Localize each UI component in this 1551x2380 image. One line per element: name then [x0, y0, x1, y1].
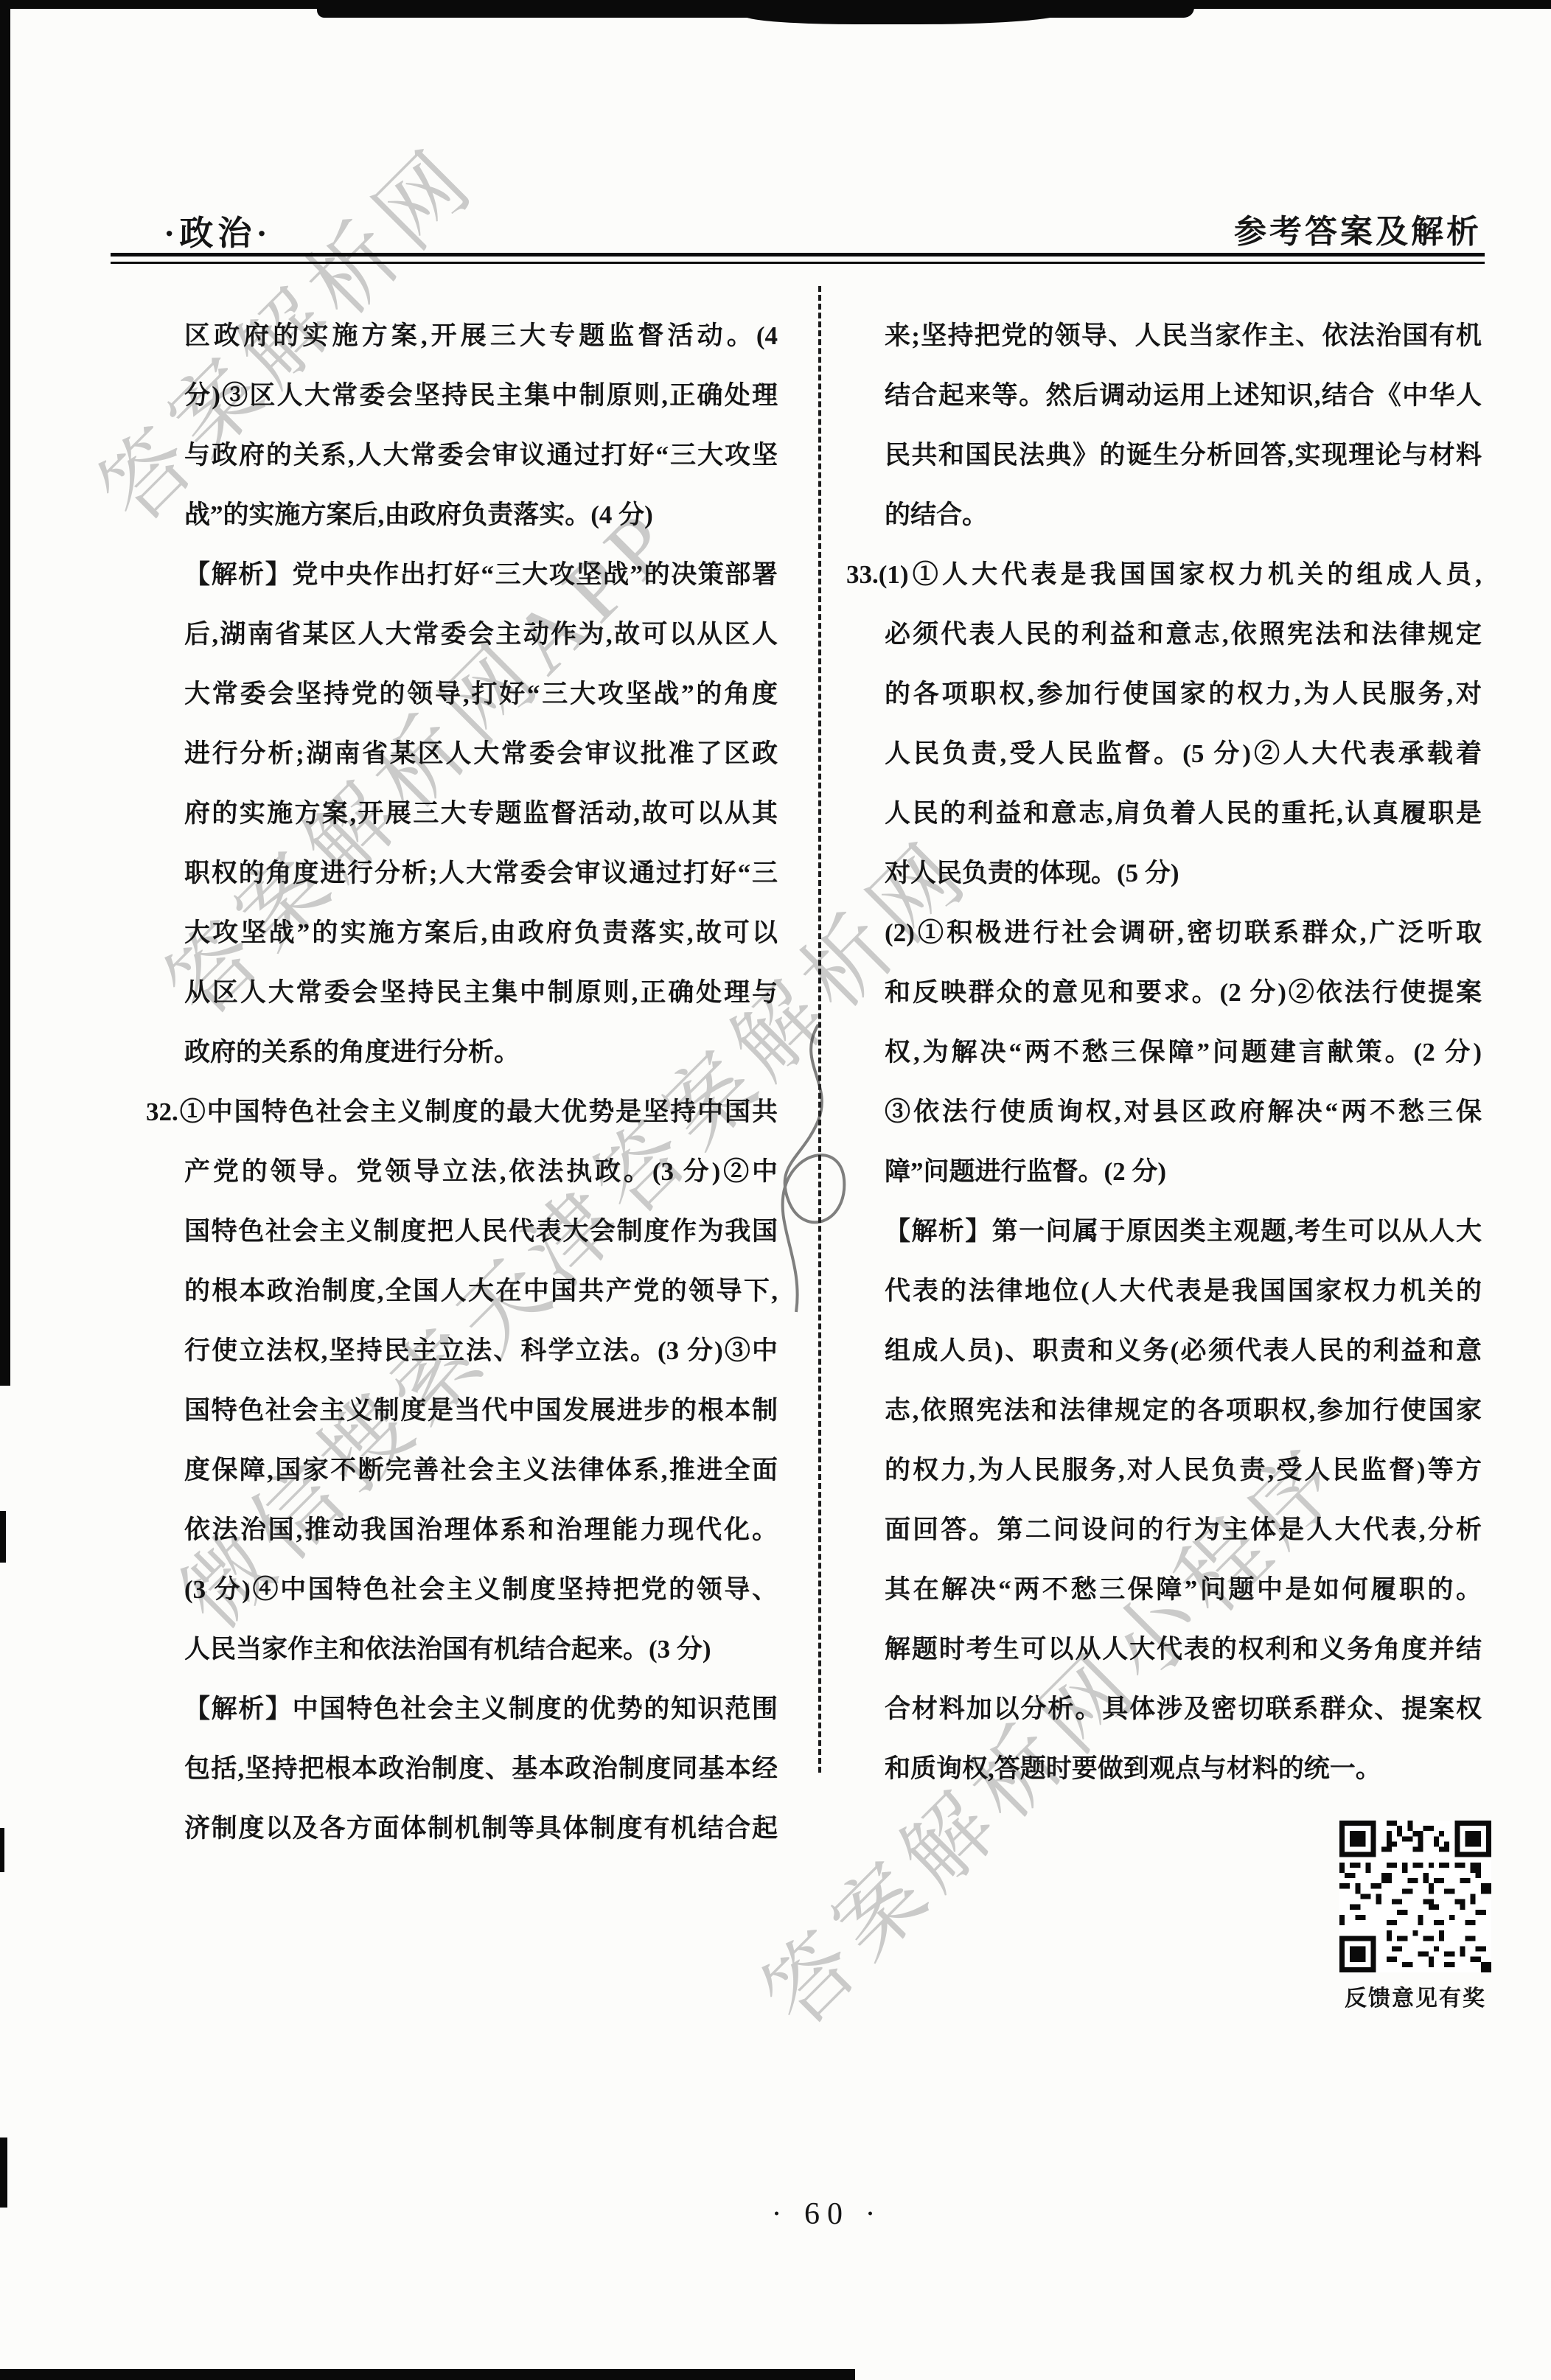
text-line: 权,为解决“两不愁三保障”问题建言献策。(2 分) [885, 1022, 1482, 1082]
text-line: (3 分)④中国特色社会主义制度坚持把党的领导、 [184, 1560, 778, 1619]
text-line: 府的实施方案,开展三大专题监督活动,故可以从其 [184, 784, 778, 843]
text-line: 从区人大常委会坚持民主集中制原则,正确处理与 [184, 963, 778, 1022]
text-line: 结合起来等。然后调动运用上述知识,结合《中华人 [885, 366, 1482, 425]
qr-caption: 反馈意见有奖 [1327, 1980, 1504, 2012]
scanned-answer-page: 答案解析网答案解析网APP微信搜索天津答案解析网答案解析网小程序 ·政治· 参考… [0, 0, 1551, 2380]
text-line: 和反映群众的意见和要求。(2 分)②依法行使提案 [885, 963, 1482, 1022]
text-line: 依法治国,推动我国治理体系和治理能力现代化。 [184, 1500, 778, 1560]
page-number: · 60 · [752, 2196, 902, 2232]
text-line: 大常委会坚持党的领导,打好“三大攻坚战”的角度 [184, 664, 778, 724]
text-line: 解题时考生可以从人大代表的权利和义务角度并结 [885, 1619, 1482, 1679]
header-rule-thick [111, 253, 1485, 257]
text-line: 障”问题进行监督。(2 分) [885, 1142, 1482, 1201]
text-line: 其在解决“两不愁三保障”问题中是如何履职的。 [885, 1560, 1482, 1619]
text-line: 度保障,国家不断完善社会主义法律体系,推进全面 [184, 1440, 778, 1500]
text-line: 志,依照宪法和法律规定的各项职权,参加行使国家 [885, 1381, 1482, 1440]
scan-artifact-left-edge [0, 0, 10, 1386]
text-line: 人民的利益和意志,肩负着人民的重托,认真履职是 [885, 784, 1482, 843]
text-line: ③依法行使质询权,对县区政府解决“两不愁三保 [885, 1082, 1482, 1142]
page-title: 参考答案及解析 [1234, 205, 1482, 252]
scan-artifact-top [745, 0, 1062, 24]
header-rule-thin [111, 262, 1485, 264]
qr-code [1339, 1821, 1491, 1972]
pen-scribble-mark [708, 1017, 929, 1327]
text-line: 【解析】中国特色社会主义制度的优势的知识范围 [184, 1679, 778, 1739]
subject-label: ·政治· [164, 206, 272, 255]
text-line: 组成人员)、职责和义务(必须代表人民的利益和意 [885, 1321, 1482, 1381]
text-line: 32.①中国特色社会主义制度的最大优势是坚持中国共 [184, 1082, 778, 1142]
text-line: 进行分析;湖南省某区人大常委会审议批准了区政 [184, 724, 778, 784]
text-line: 后,湖南省某区人大常委会主动作为,故可以从区人 [184, 604, 778, 664]
text-line: 人民当家作主和依法治国有机结合起来。(3 分) [184, 1619, 778, 1679]
text-line: (2)①积极进行社会调研,密切联系群众,广泛听取 [885, 903, 1482, 963]
text-line: 人民负责,受人民监督。(5 分)②人大代表承载着 [885, 724, 1482, 784]
text-line: 代表的法律地位(人大代表是我国国家权力机关的 [885, 1261, 1482, 1321]
text-line: 国特色社会主义制度是当代中国发展进步的根本制 [184, 1381, 778, 1440]
text-line: 与政府的关系,人大常委会审议通过打好“三大攻坚 [184, 425, 778, 485]
scan-artifact-speck [0, 1828, 4, 1872]
text-line: 济制度以及各方面体制机制等具体制度有机结合起 [184, 1798, 778, 1858]
text-line: 和质询权,答题时要做到观点与材料的统一。 [885, 1739, 1482, 1798]
text-line: 对人民负责的体现。(5 分) [885, 843, 1482, 903]
scan-artifact-speck [0, 2138, 7, 2208]
scan-artifact-bottom [0, 2369, 855, 2380]
text-line: 行使立法权,坚持民主立法、科学立法。(3 分)③中 [184, 1321, 778, 1381]
left-column: 区政府的实施方案,开展三大专题监督活动。(4分)③区人大常委会坚持民主集中制原则… [146, 306, 778, 1858]
text-line: 33.(1)①人大代表是我国国家权力机关的组成人员, [885, 545, 1482, 604]
text-line: 产党的领导。党领导立法,依法执政。(3 分)②中 [184, 1142, 778, 1201]
text-line: 合材料加以分析。具体涉及密切联系群众、提案权 [885, 1679, 1482, 1739]
text-line: 【解析】党中央作出打好“三大攻坚战”的决策部署 [184, 545, 778, 604]
text-line: 的根本政治制度,全国人大在中国共产党的领导下, [184, 1261, 778, 1321]
text-line: 包括,坚持把根本政治制度、基本政治制度同基本经 [184, 1739, 778, 1798]
text-line: 【解析】第一问属于原因类主观题,考生可以从人大 [885, 1201, 1482, 1261]
text-line: 分)③区人大常委会坚持民主集中制原则,正确处理 [184, 366, 778, 425]
scan-artifact-speck [0, 1511, 6, 1563]
text-line: 大攻坚战”的实施方案后,由政府负责落实,故可以 [184, 903, 778, 963]
text-line: 面回答。第二问设问的行为主体是人大代表,分析 [885, 1500, 1482, 1560]
text-line: 必须代表人民的利益和意志,依照宪法和法律规定 [885, 604, 1482, 664]
text-line: 的各项职权,参加行使国家的权力,为人民服务,对 [885, 664, 1482, 724]
text-line: 来;坚持把党的领导、人民当家作主、依法治国有机 [885, 306, 1482, 366]
text-line: 政府的关系的角度进行分析。 [184, 1022, 778, 1082]
text-line: 的权力,为人民服务,对人民负责,受人民监督)等方 [885, 1440, 1482, 1500]
text-line: 职权的角度进行分析;人大常委会审议通过打好“三 [184, 843, 778, 903]
text-line: 区政府的实施方案,开展三大专题监督活动。(4 [184, 306, 778, 366]
text-line: 战”的实施方案后,由政府负责落实。(4 分) [184, 485, 778, 545]
text-line: 民共和国民法典》的诞生分析回答,实现理论与材料 [885, 425, 1482, 485]
right-column: 来;坚持把党的领导、人民当家作主、依法治国有机结合起来等。然后调动运用上述知识,… [846, 306, 1482, 1798]
text-line: 的结合。 [885, 485, 1482, 545]
text-line: 国特色社会主义制度把人民代表大会制度作为我国 [184, 1201, 778, 1261]
